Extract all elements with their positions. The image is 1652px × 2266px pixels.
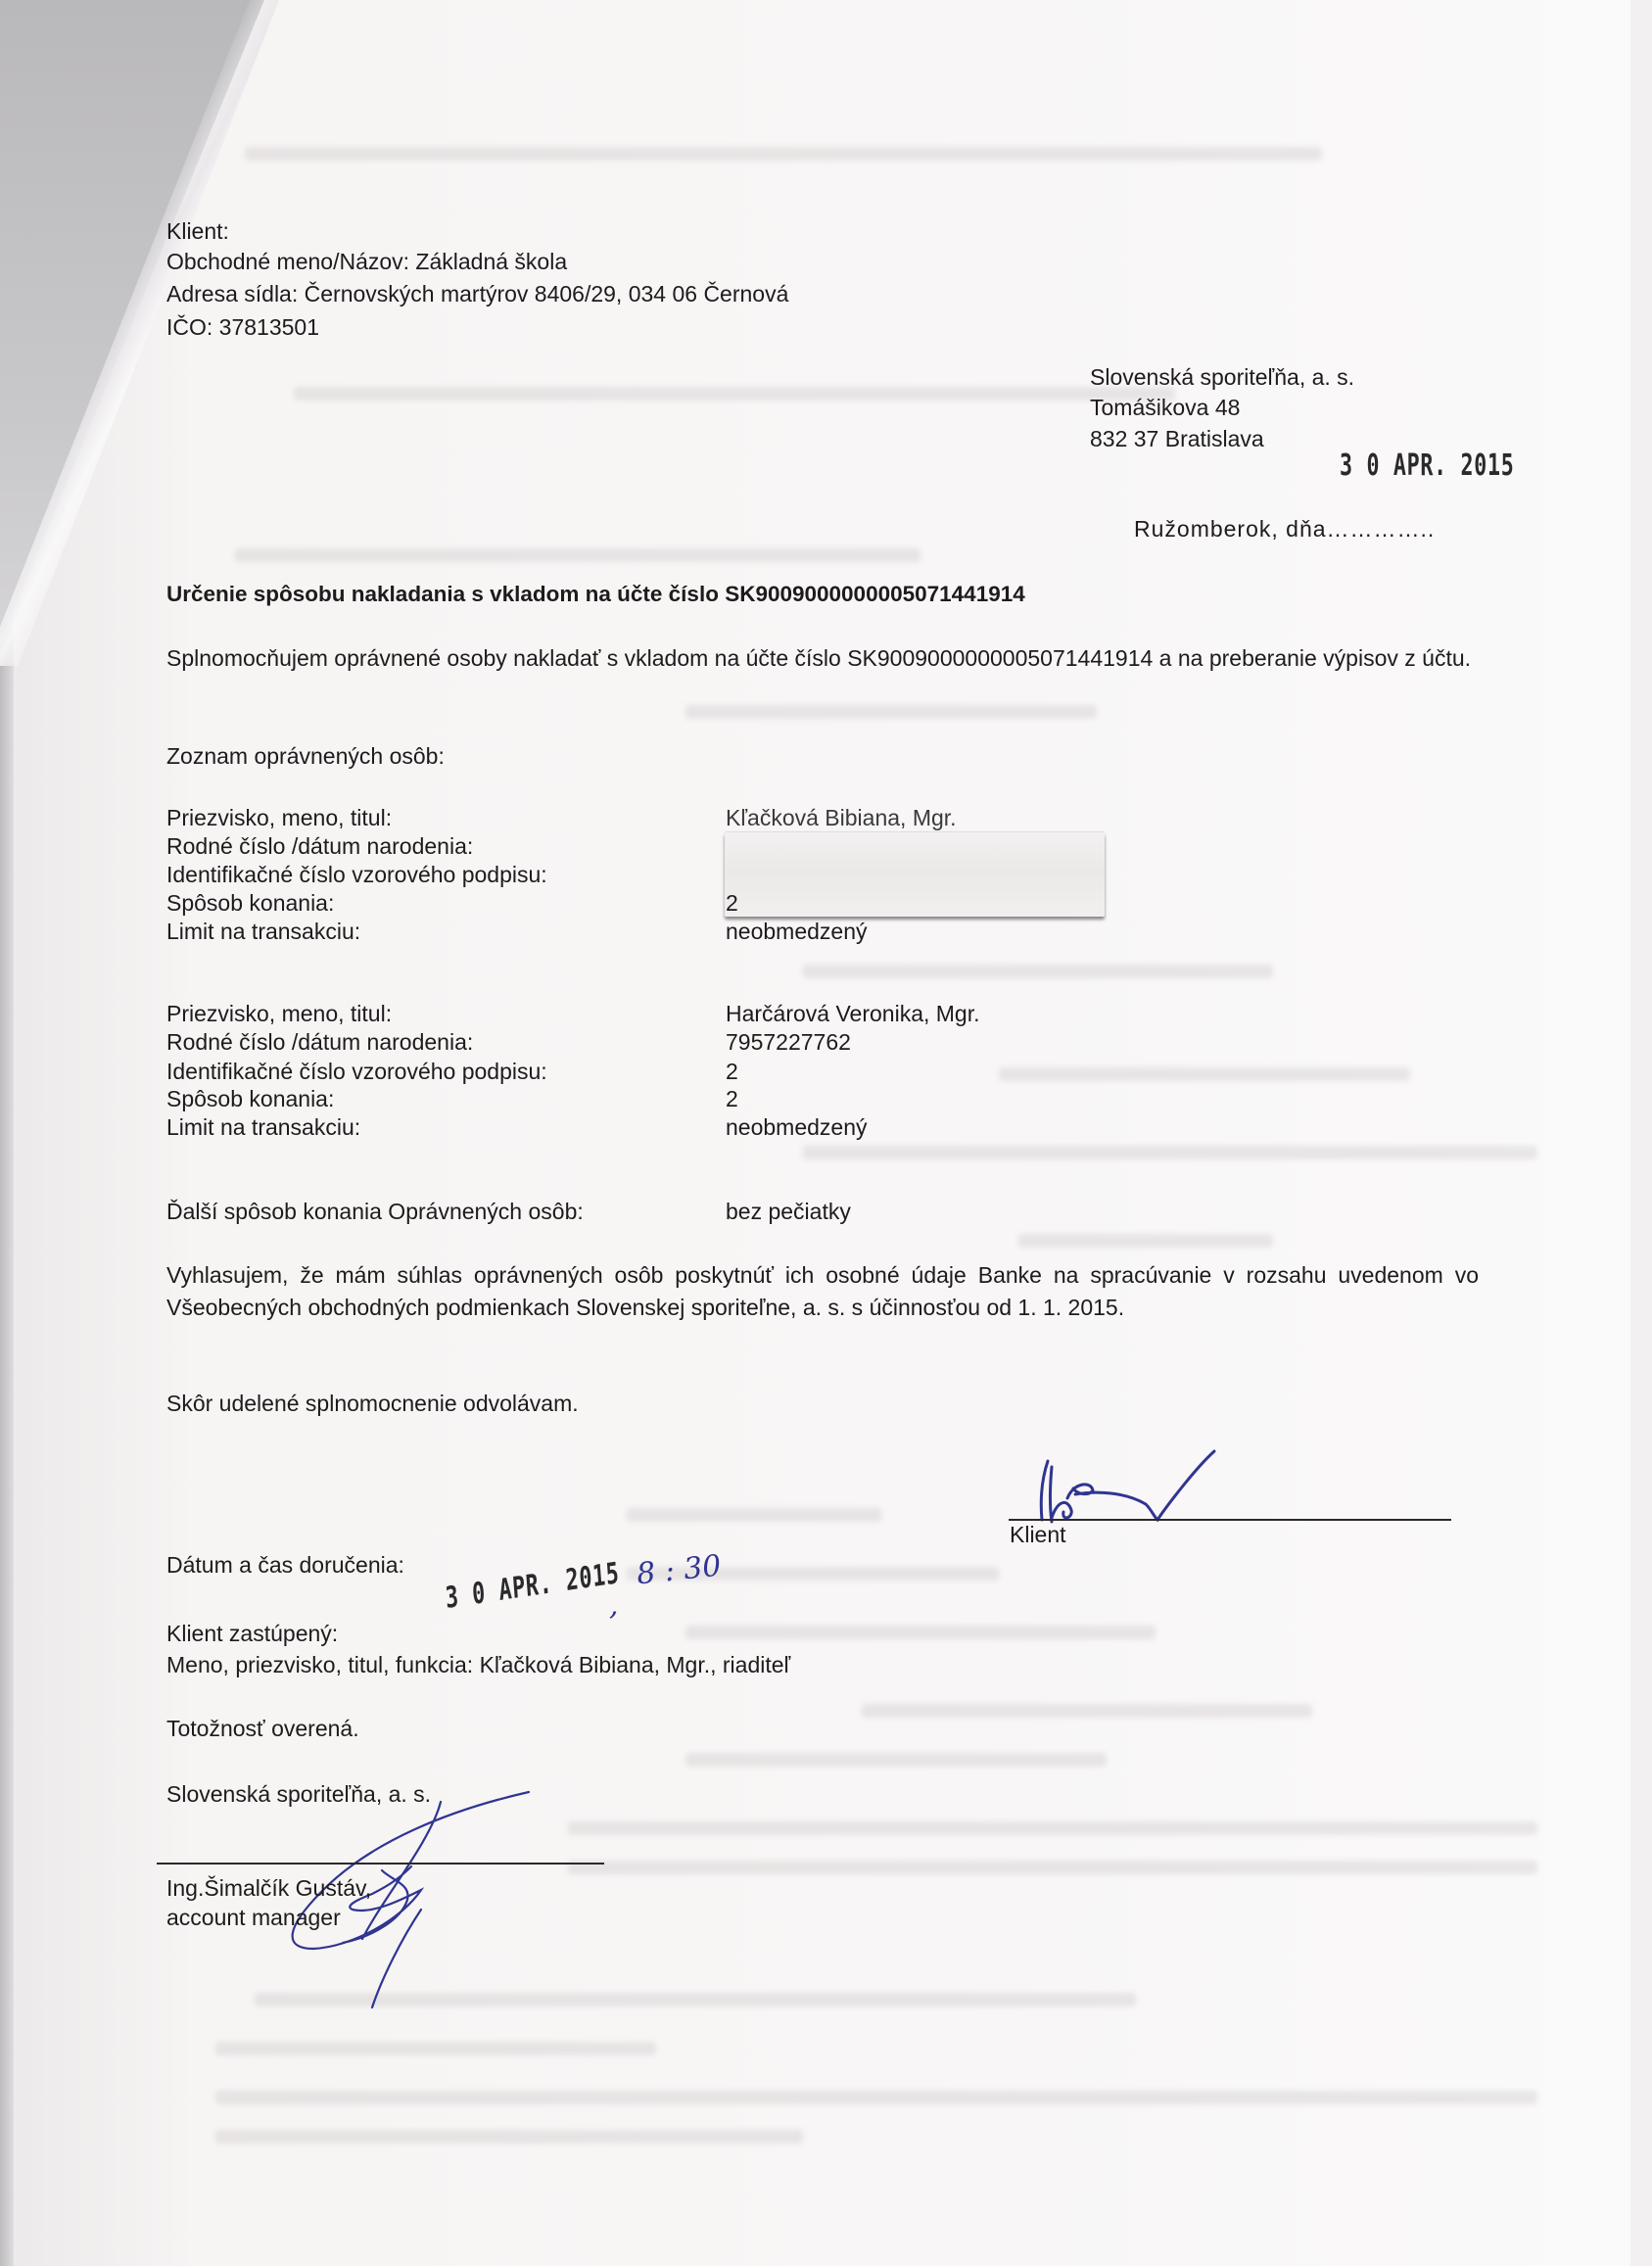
- value-name: Kľačková Bibiana, Mgr.: [726, 804, 957, 831]
- bank-signature-line: [157, 1863, 604, 1865]
- label-name: Priezvisko, meno, titul:: [166, 1000, 392, 1027]
- client-signature-line: [1009, 1519, 1451, 1521]
- label-action-method: Spôsob konania:: [166, 1085, 334, 1112]
- label-signature-id: Identifikačné číslo vzorového podpisu:: [166, 1058, 547, 1085]
- value-transaction-limit: neobmedzený: [726, 1113, 868, 1141]
- value-birth-number: 7957227762: [726, 1028, 851, 1056]
- label-birth-number: Rodné číslo /dátum narodenia:: [166, 1028, 473, 1056]
- consent-declaration: Vyhlasujem, že mám súhlas oprávnených os…: [166, 1259, 1479, 1324]
- label-transaction-limit: Limit na transakciu:: [166, 918, 360, 945]
- value-signature-id: 2: [726, 1058, 738, 1085]
- bank-street: Tomášikova 48: [1090, 394, 1240, 421]
- scan-edge-right: [1630, 0, 1652, 2266]
- identity-verified: Totožnosť overená.: [166, 1715, 359, 1742]
- client-address: Adresa sídla: Černovských martýrov 8406/…: [166, 280, 788, 307]
- label-signature-id: Identifikačné číslo vzorového podpisu:: [166, 861, 547, 888]
- officer-role: account manager: [166, 1904, 341, 1931]
- client-signature-label: Klient: [1010, 1521, 1066, 1548]
- bank-city: 832 37 Bratislava: [1090, 425, 1264, 452]
- value-action-method: 2: [726, 1085, 738, 1112]
- client-ico: IČO: 37813501: [166, 313, 319, 341]
- delivery-comma: ,: [609, 1588, 619, 1623]
- officer-name: Ing.Šimalčík Gustáv,: [166, 1874, 371, 1902]
- delivery-label: Dátum a čas doručenia:: [166, 1551, 404, 1579]
- bank-name: Slovenská sporiteľňa, a. s.: [1090, 363, 1354, 391]
- authorization-paragraph: Splnomocňujem oprávnené osoby nakladať s…: [166, 642, 1479, 675]
- representative-heading: Klient zastúpený:: [166, 1620, 338, 1647]
- value-action-method: 2: [726, 889, 738, 917]
- authorized-persons-heading: Zoznam oprávnených osôb:: [166, 742, 445, 770]
- value-transaction-limit: neobmedzený: [726, 918, 868, 945]
- correction-tape-redaction: [725, 832, 1105, 917]
- other-method-label: Ďalší spôsob konania Oprávnených osôb:: [166, 1198, 584, 1225]
- label-name: Priezvisko, meno, titul:: [166, 804, 392, 831]
- client-heading: Klient:: [166, 217, 229, 245]
- other-method-value: bez pečiatky: [726, 1198, 851, 1225]
- received-date-stamp: 3 0 APR. 2015: [1340, 448, 1514, 483]
- place-date: Ružomberok, dňa…………..: [1134, 515, 1435, 543]
- representative-details: Meno, priezvisko, titul, funkcia: Kľačko…: [166, 1651, 790, 1678]
- value-name: Harčárová Veronika, Mgr.: [726, 1000, 980, 1027]
- label-transaction-limit: Limit na transakciu:: [166, 1113, 360, 1141]
- label-action-method: Spôsob konania:: [166, 889, 334, 917]
- document-title: Určenie spôsobu nakladania s vkladom na …: [166, 581, 1025, 608]
- client-business-name: Obchodné meno/Názov: Základná škola: [166, 248, 567, 275]
- client-signature-icon: [1028, 1440, 1273, 1528]
- officer-signature-icon: [235, 1782, 548, 1959]
- label-birth-number: Rodné číslo /dátum narodenia:: [166, 832, 473, 860]
- revocation-statement: Skôr udelené splnomocnenie odvolávam.: [166, 1390, 579, 1417]
